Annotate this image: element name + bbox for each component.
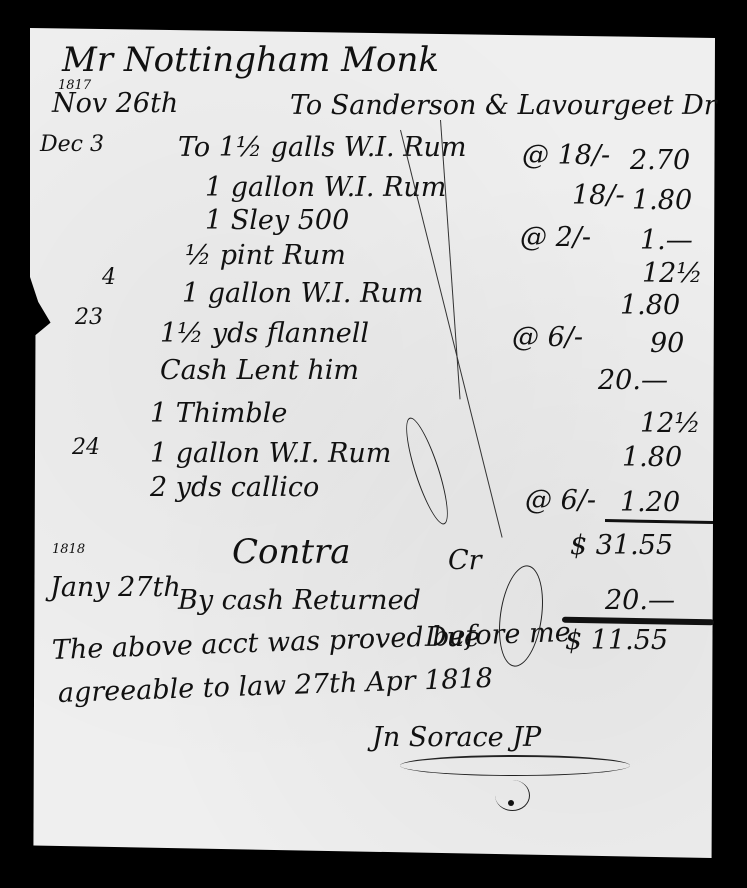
entry-description: To 1½ galls W.I. Rum [178,132,467,163]
entry-description: 2 yds callico [150,472,319,503]
contra-year: 1818 [52,542,85,557]
entry-date-0: Nov 26th [52,88,178,119]
contra-cr-label: Cr [448,545,482,576]
signature-flourish [400,755,630,776]
entry-amount: 1.20 [620,487,680,518]
entry-amount: 20.— [598,365,668,396]
entry-amount: 12½ [640,408,701,439]
entry-description: 1½ yds flannell [160,318,369,349]
entry-amount: 1.— [640,225,693,256]
contra-amount: 20.— [605,585,675,616]
entry-amount: 90 [650,328,684,359]
entry-description: 1 Sley 500 [205,205,349,236]
debtor-name: Mr Nottingham Monk [62,40,439,80]
entry-date: Dec 3 [40,132,104,157]
contra-heading: Contra [232,532,351,572]
entry-amount: 2.70 [630,145,690,176]
entry-description: Cash Lent him [160,355,359,386]
entry-description: 1 gallon W.I. Rum [182,278,423,309]
entry-rate: @ 6/- [512,322,583,353]
ink-dot [508,800,514,806]
entry-description: 1 gallon W.I. Rum [150,438,391,469]
entry-amount: 1.80 [632,185,692,216]
entry-rate: 18/- [572,180,625,211]
entry-description: 1 Thimble [150,398,287,429]
entry-date: 4 [102,265,116,290]
entry-rate: @ 2/- [520,222,591,253]
entry-description: ½ pint Rum [185,240,346,271]
entry-rate: @ 6/- [525,485,596,516]
balance-amount: $ 11.55 [565,625,668,656]
entry-description: 1 gallon W.I. Rum [205,172,446,203]
entry-amount: 12½ [642,258,703,289]
entry-amount: 1.80 [620,290,680,321]
contra-description: By cash Returned [178,585,421,616]
signature: Jn Sorace JP [372,722,541,753]
creditor-line: To Sanderson & Lavourgeet Dr [290,90,717,121]
contra-date: Jany 27th [50,572,181,603]
entry-date: 23 [75,305,103,330]
total-amount: $ 31.55 [570,530,673,561]
entry-date: 24 [72,435,100,460]
entry-rate: @ 18/- [522,140,610,171]
flourish-curl [495,780,530,811]
entry-amount: 1.80 [622,442,682,473]
